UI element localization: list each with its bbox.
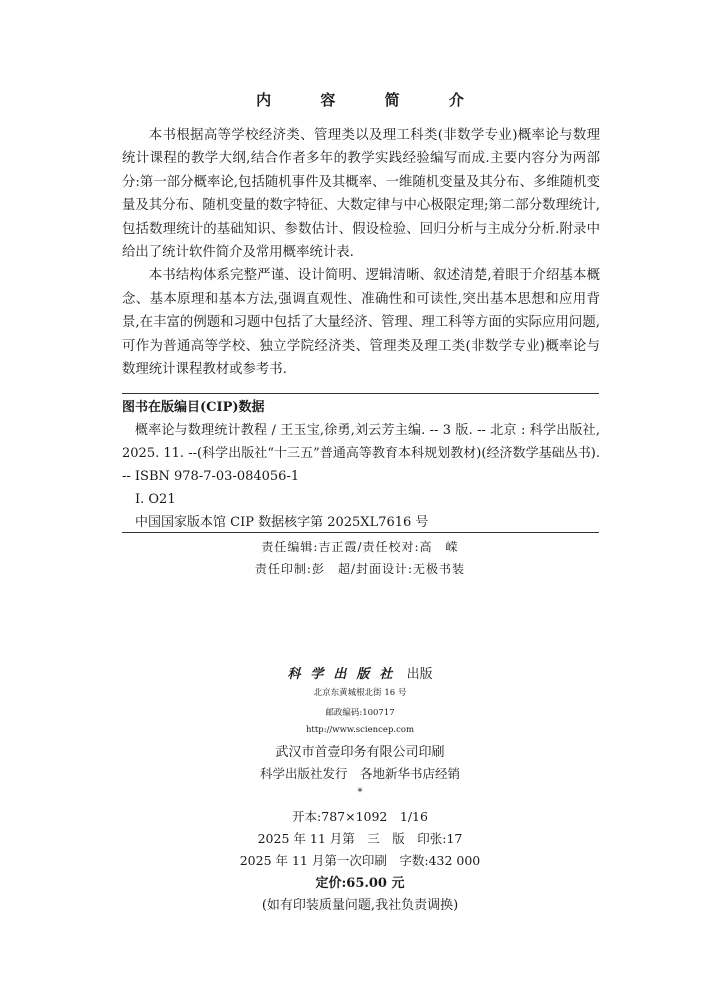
intro-paragraph-1: 本书根据高等学校经济类、管理类以及理工科类(非数学专业)概率论与数理统计课程的教…: [122, 124, 600, 264]
publisher-postcode: 邮政编码:100717: [0, 706, 720, 718]
cip-bottom-rule: [122, 532, 599, 533]
cip-record: 概率论与数理统计教程 / 王玉宝,徐勇,刘云芳主编. -- 3 版. -- 北京…: [122, 419, 600, 488]
cip-heading: 图书在版编目(CIP)数据: [122, 396, 600, 419]
price-line: 定价:65.00 元: [0, 872, 720, 891]
quality-notice: (如有印装质量问题,我社负责调换): [0, 894, 720, 913]
cip-classification: Ⅰ. O21: [122, 488, 600, 511]
intro-section: 本书根据高等学校经济类、管理类以及理工科类(非数学专业)概率论与数理统计课程的教…: [122, 124, 600, 381]
cip-library-number: 中国国家版本馆 CIP 数据核字第 2025XL7616 号: [122, 511, 600, 534]
publisher-line: 科学出版社 出版: [0, 663, 720, 682]
publisher-url: http://www.sciencep.com: [0, 725, 720, 735]
separator-asterisk: *: [0, 787, 720, 798]
edition-line: 2025 年 11 月第 三 版 印张:17: [0, 829, 720, 847]
impression-line: 2025 年 11 月第一次印刷 字数:432 000: [0, 851, 720, 869]
credits-line-2: 责任印制:彭 超/封面设计:无极书装: [0, 558, 720, 580]
page-title: 内 容 简 介: [0, 89, 720, 110]
publisher-logo-text: 科学出版社: [287, 667, 402, 682]
format-line: 开本:787×1092 1/16: [0, 807, 720, 825]
distribution-line: 科学出版社发行 各地新华书店经销: [0, 764, 720, 782]
cip-top-rule: [122, 393, 599, 394]
publisher-suffix: 出版: [407, 667, 433, 682]
publisher-address: 北京东黄城根北街 16 号: [0, 686, 720, 698]
credits-line-1: 责任编辑:吉正霞/责任校对:高 嵘: [0, 536, 720, 558]
printer-line: 武汉市首壹印务有限公司印刷: [0, 741, 720, 760]
cip-body: 概率论与数理统计教程 / 王玉宝,徐勇,刘云芳主编. -- 3 版. -- 北京…: [122, 419, 600, 534]
intro-paragraph-2: 本书结构体系完整严谨、设计简明、逻辑清晰、叙述清楚,着眼于介绍基本概念、基本原理…: [122, 264, 600, 381]
